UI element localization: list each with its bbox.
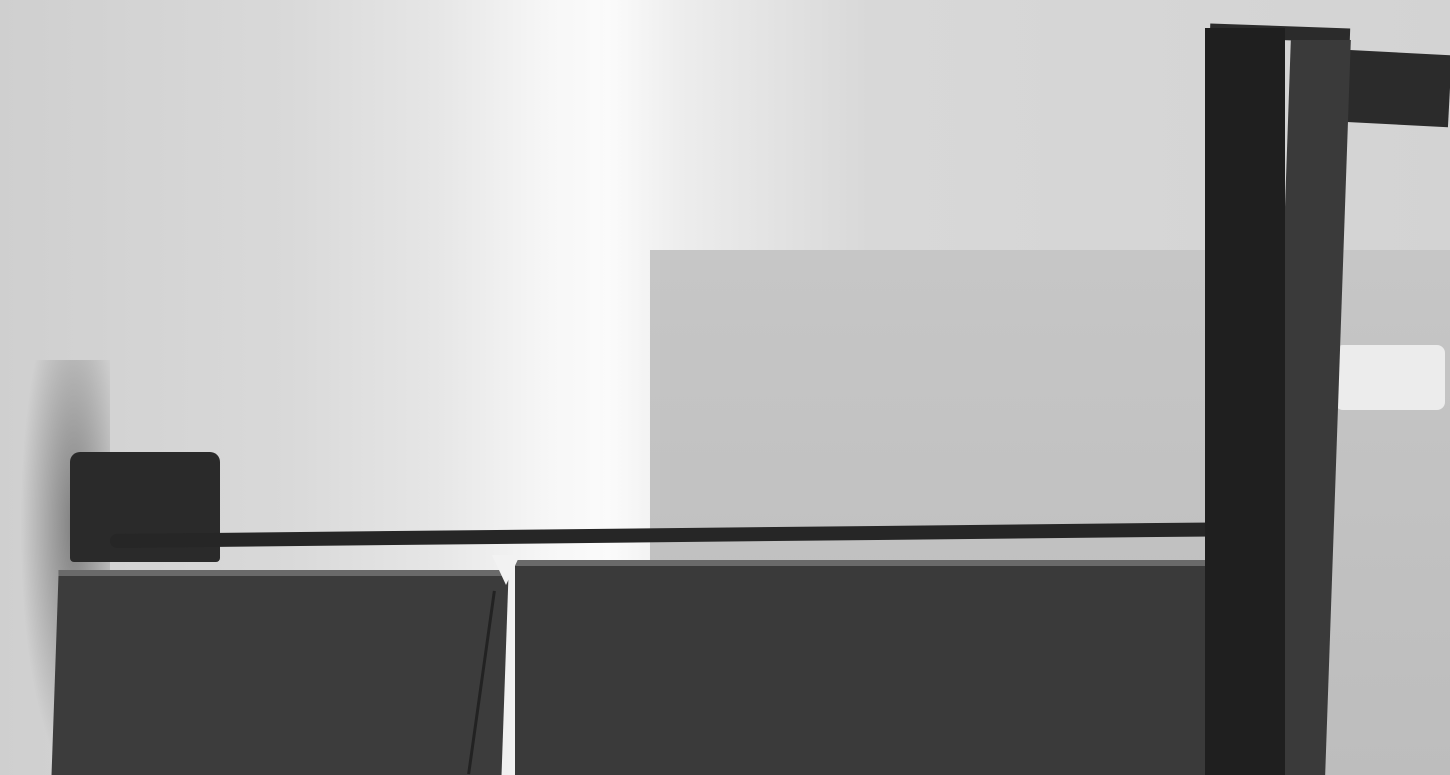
concrete-slab-left [51, 570, 508, 775]
concrete-slab-right [515, 560, 1275, 775]
crack-gap [492, 555, 520, 585]
photo-scene: Grayscale photograph of a cracked concre… [0, 0, 1450, 775]
wall-clip [1335, 345, 1445, 410]
steel-frame-post [1205, 28, 1285, 775]
